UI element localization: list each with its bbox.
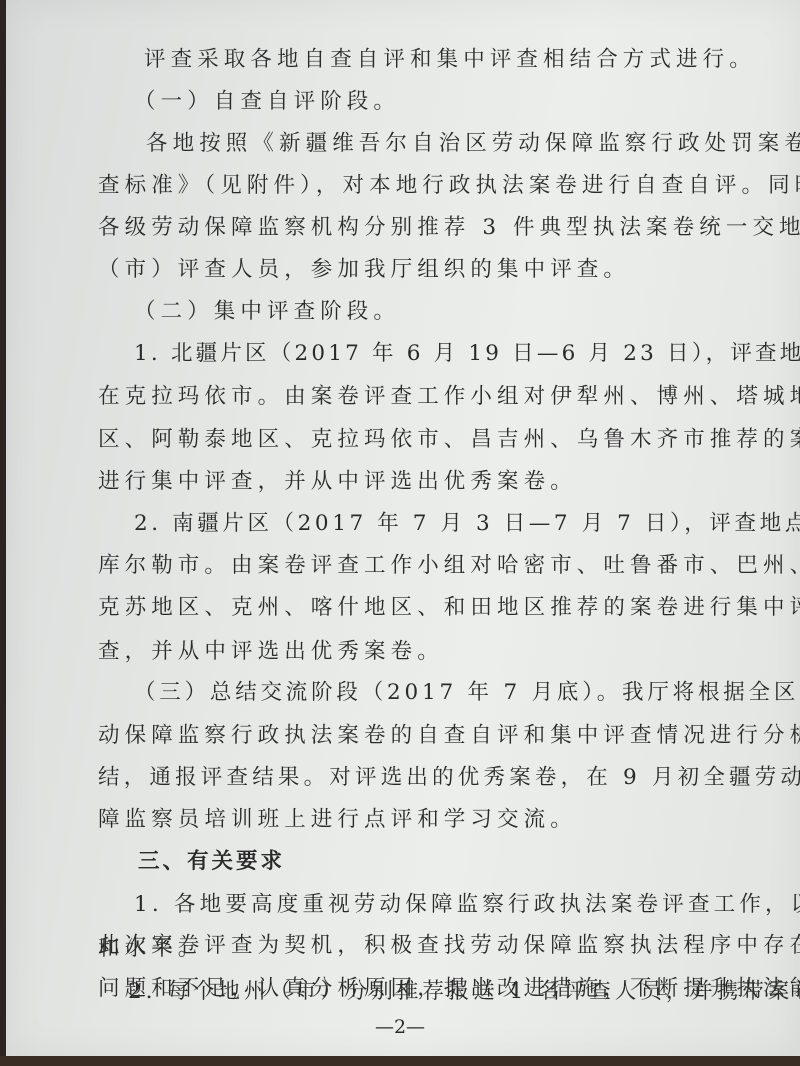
paragraph-line: （市）评查人员，参加我厅组织的集中评查。 bbox=[98, 252, 630, 283]
document-page: 评查采取各地自查自评和集中评查相结合方式进行。 （一）自查自评阶段。 各地按照《… bbox=[6, 0, 800, 1058]
paragraph-line: 动保障监察行政执法案卷的自查自评和集中评查情况进行分析总 bbox=[98, 718, 800, 749]
paragraph-line: 在克拉玛依市。由案卷评查工作小组对伊犁州、博州、塔城地 bbox=[98, 379, 800, 410]
page-number: —2— bbox=[0, 1016, 800, 1038]
section-heading-centralized-review: （二）集中评查阶段。 bbox=[134, 294, 400, 325]
paragraph-line: 1. 北疆片区（2017 年 6 月 19 日—6 月 23 日），评查地点设 bbox=[134, 336, 800, 367]
desk-background bbox=[0, 1056, 800, 1066]
paragraph-line: 查，并从中评选出优秀案卷。 bbox=[98, 634, 444, 665]
paragraph-line: 各级劳动保障监察机构分别推荐 3 件典型执法案卷统一交地、州 bbox=[98, 210, 800, 241]
paragraph-line: 障监察员培训班上进行点评和学习交流。 bbox=[98, 802, 577, 833]
paragraph-line: 各地按照《新疆维吾尔自治区劳动保障监察行政处罚案卷评 bbox=[146, 126, 800, 157]
section-heading-requirements: 三、有关要求 bbox=[138, 844, 285, 875]
paragraph-line: 区、阿勒泰地区、克拉玛依市、昌吉州、乌鲁木齐市推荐的案卷 bbox=[98, 422, 800, 453]
paragraph-line: 2. 每个地州（市）分别推荐报送 1 名评查人员，并携带案卷 bbox=[128, 974, 800, 1005]
paragraph-line: 1. 各地要高度重视劳动保障监察行政执法案卷评查工作，以 bbox=[134, 887, 800, 918]
paragraph-line: 克苏地区、克州、喀什地区、和田地区推荐的案卷进行集中评 bbox=[98, 590, 800, 621]
paragraph-line: 结，通报评查结果。对评选出的优秀案卷，在 9 月初全疆劳动保 bbox=[98, 760, 800, 791]
paragraph-line: 库尔勒市。由案卷评查工作小组对哈密市、吐鲁番市、巴州、阿 bbox=[98, 548, 800, 579]
paragraph-line: 和水平。 bbox=[98, 931, 204, 962]
paragraph-line: 2. 南疆片区（2017 年 7 月 3 日—7 月 7 日），评查地点设在 bbox=[134, 506, 800, 537]
paragraph-line: 评查采取各地自查自评和集中评查相结合方式进行。 bbox=[144, 42, 756, 73]
section-heading-summary: （三）总结交流阶段（2017 年 7 月底）。我厅将根据全区劳 bbox=[134, 675, 800, 706]
section-heading-self-check: （一）自查自评阶段。 bbox=[134, 84, 400, 115]
paragraph-line: 查标准》（见附件），对本地行政执法案卷进行自查自评。同时， bbox=[98, 168, 800, 199]
paragraph-line: 进行集中评查，并从中评选出优秀案卷。 bbox=[98, 464, 577, 495]
